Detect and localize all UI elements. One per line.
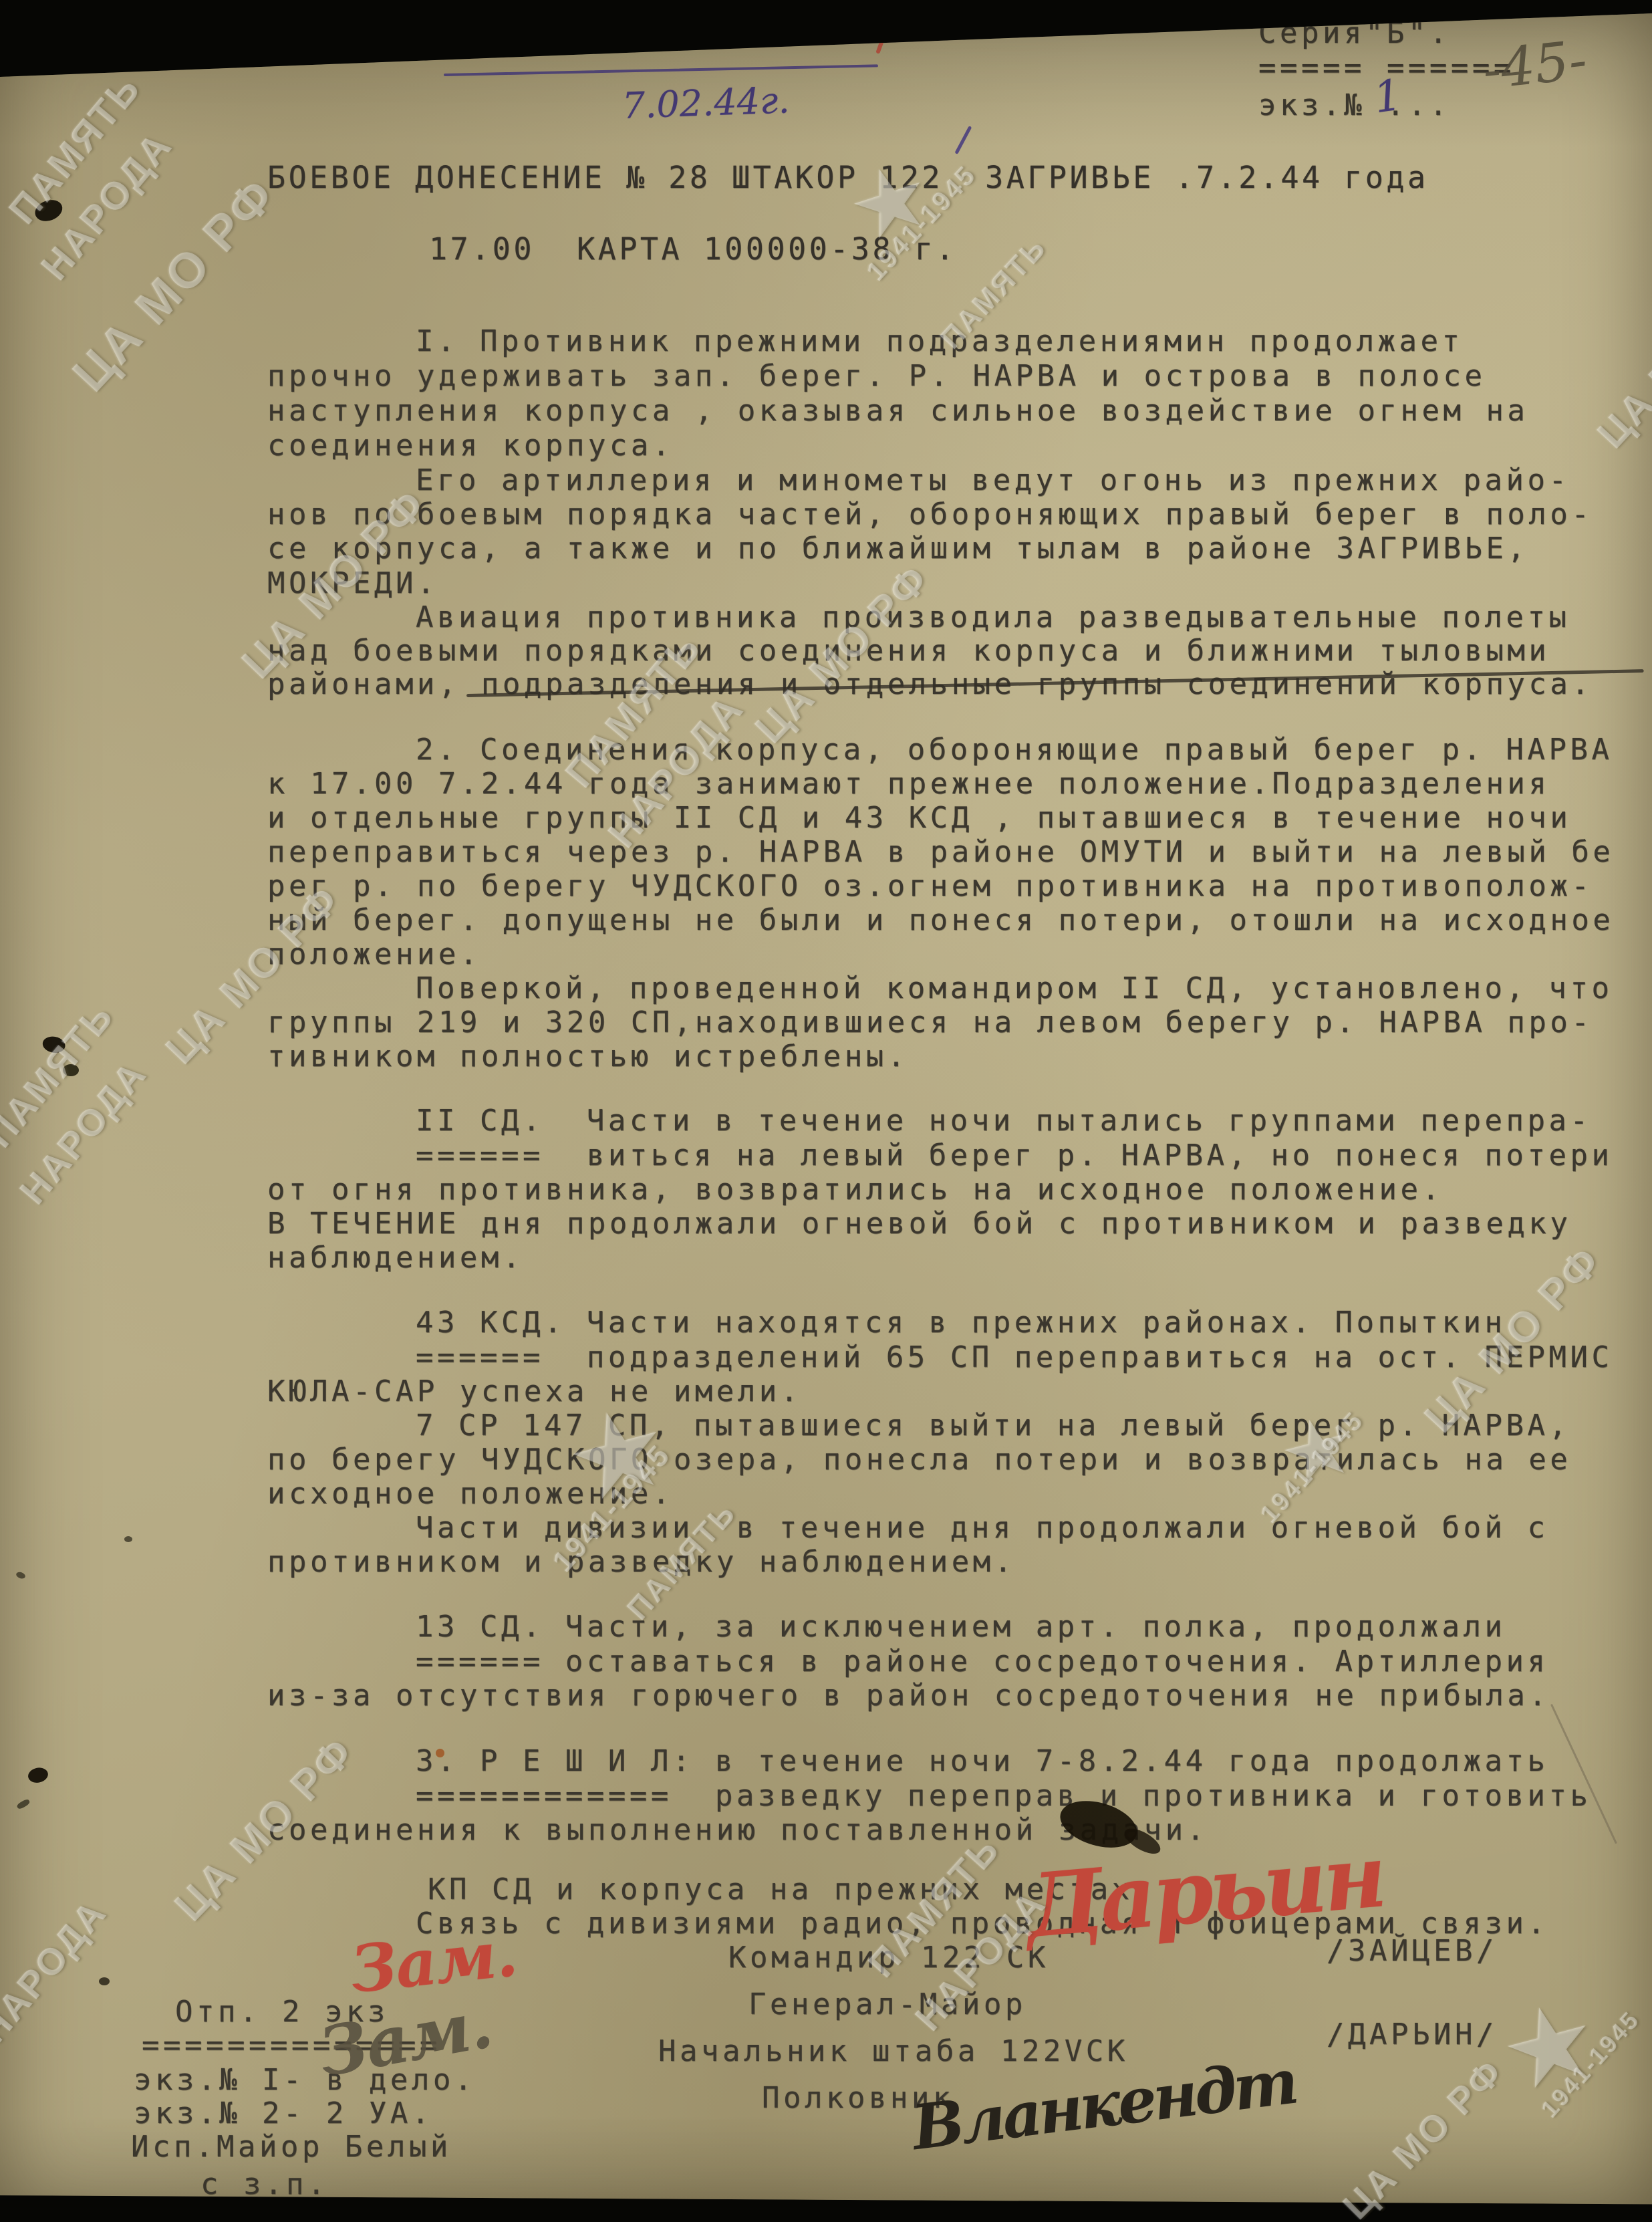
archive-watermark: ЦА МО РФ <box>1591 265 1652 455</box>
archive-watermark: ПАМЯТЬ <box>622 1497 741 1625</box>
archive-watermark: ЦА МО РФ <box>748 558 937 751</box>
archive-watermark: ПАМЯТЬ <box>936 233 1052 354</box>
archive-watermark: ЦА МО РФ <box>167 1729 362 1929</box>
archive-watermark: ЦА МО РФ <box>234 481 434 686</box>
archive-watermark: НАРОДА <box>0 1893 113 2050</box>
archive-watermark: ЦА МО РФ <box>1417 1238 1609 1439</box>
scanned-document-page: Серия"Б".===== ======экз.№ ...БОЕВОЕ ДОН… <box>0 0 1652 2222</box>
archive-watermark: ЦА МО РФ <box>1337 2052 1510 2222</box>
watermark-layer: ПАМЯТЬНАРОДАЦА МО РФ★1941-1945ПАМЯТЬЦА М… <box>0 0 1652 2222</box>
archive-watermark: ЦА МО РФ <box>159 878 348 1072</box>
